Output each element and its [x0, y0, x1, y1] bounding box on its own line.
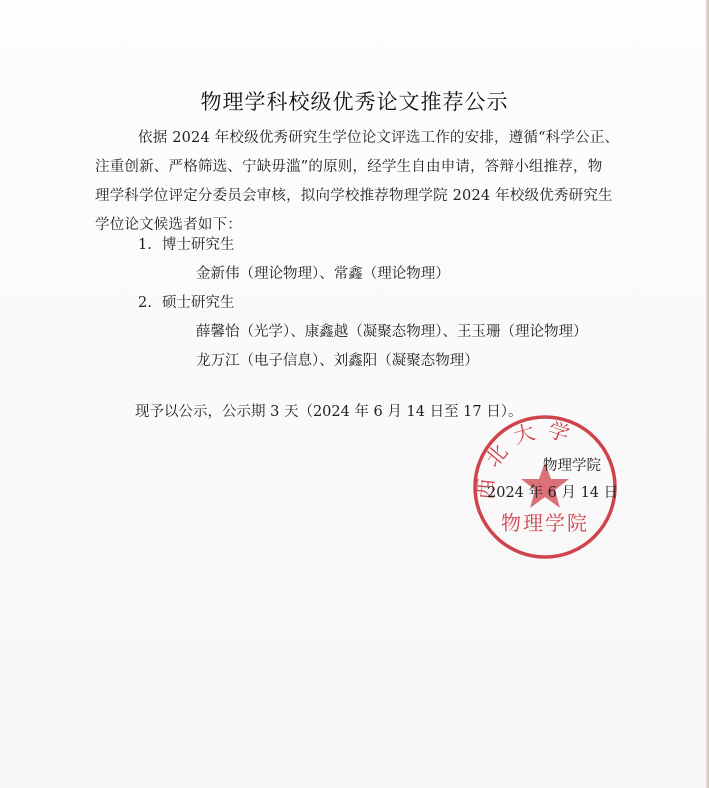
- intro-paragraph: 依据 2024 年校级优秀研究生学位论文评选工作的安排，遵循“科学公正、 注重创…: [95, 124, 635, 240]
- announcement-text: 现予以公示，公示期 3 天（2024 年 6 月 14 日至 17 日）。: [135, 400, 522, 421]
- candidate-list: 1.博士研究生 金新伟（理论物理）、常鑫（理论物理） 2.硕士研究生 薛馨怡（光…: [138, 231, 588, 376]
- seal-bottom-text: 物理学院: [501, 511, 589, 535]
- paragraph-line: 依据 2024 年校级优秀研究生学位论文评选工作的安排，遵循“科学公正、: [95, 124, 635, 153]
- category-label: 硕士研究生: [162, 295, 235, 311]
- document-title: 物理学科校级优秀论文推荐公示: [0, 86, 709, 116]
- category-label: 博士研究生: [162, 237, 235, 253]
- candidate-line: 金新伟（理论物理）、常鑫（理论物理）: [138, 260, 588, 289]
- document-page: 物理学科校级优秀论文推荐公示 依据 2024 年校级优秀研究生学位论文评选工作的…: [0, 0, 709, 788]
- candidate-line: 薛馨怡（光学）、康鑫越（凝聚态物理）、王玉珊（理论物理）: [138, 318, 588, 347]
- signature-block: 物理学院 2024 年 6 月 14 日: [487, 453, 618, 507]
- category-doctoral: 1.博士研究生: [138, 231, 588, 260]
- paragraph-line: 注重创新、严格筛选、宁缺毋滥”的原则，经学生自由申请，答辩小组推荐，物: [95, 153, 635, 182]
- category-masters: 2.硕士研究生: [138, 289, 588, 318]
- paragraph-line: 理学科学位评定分委员会审核，拟向学校推荐物理学院 2024 年校级优秀研究生: [95, 182, 635, 211]
- signature-date: 2024 年 6 月 14 日: [487, 480, 618, 507]
- category-number: 1.: [138, 231, 162, 259]
- candidate-line: 龙万江（电子信息）、刘鑫阳（凝聚态物理）: [138, 347, 588, 376]
- signature-organization: 物理学院: [487, 453, 618, 480]
- category-number: 2.: [138, 289, 162, 317]
